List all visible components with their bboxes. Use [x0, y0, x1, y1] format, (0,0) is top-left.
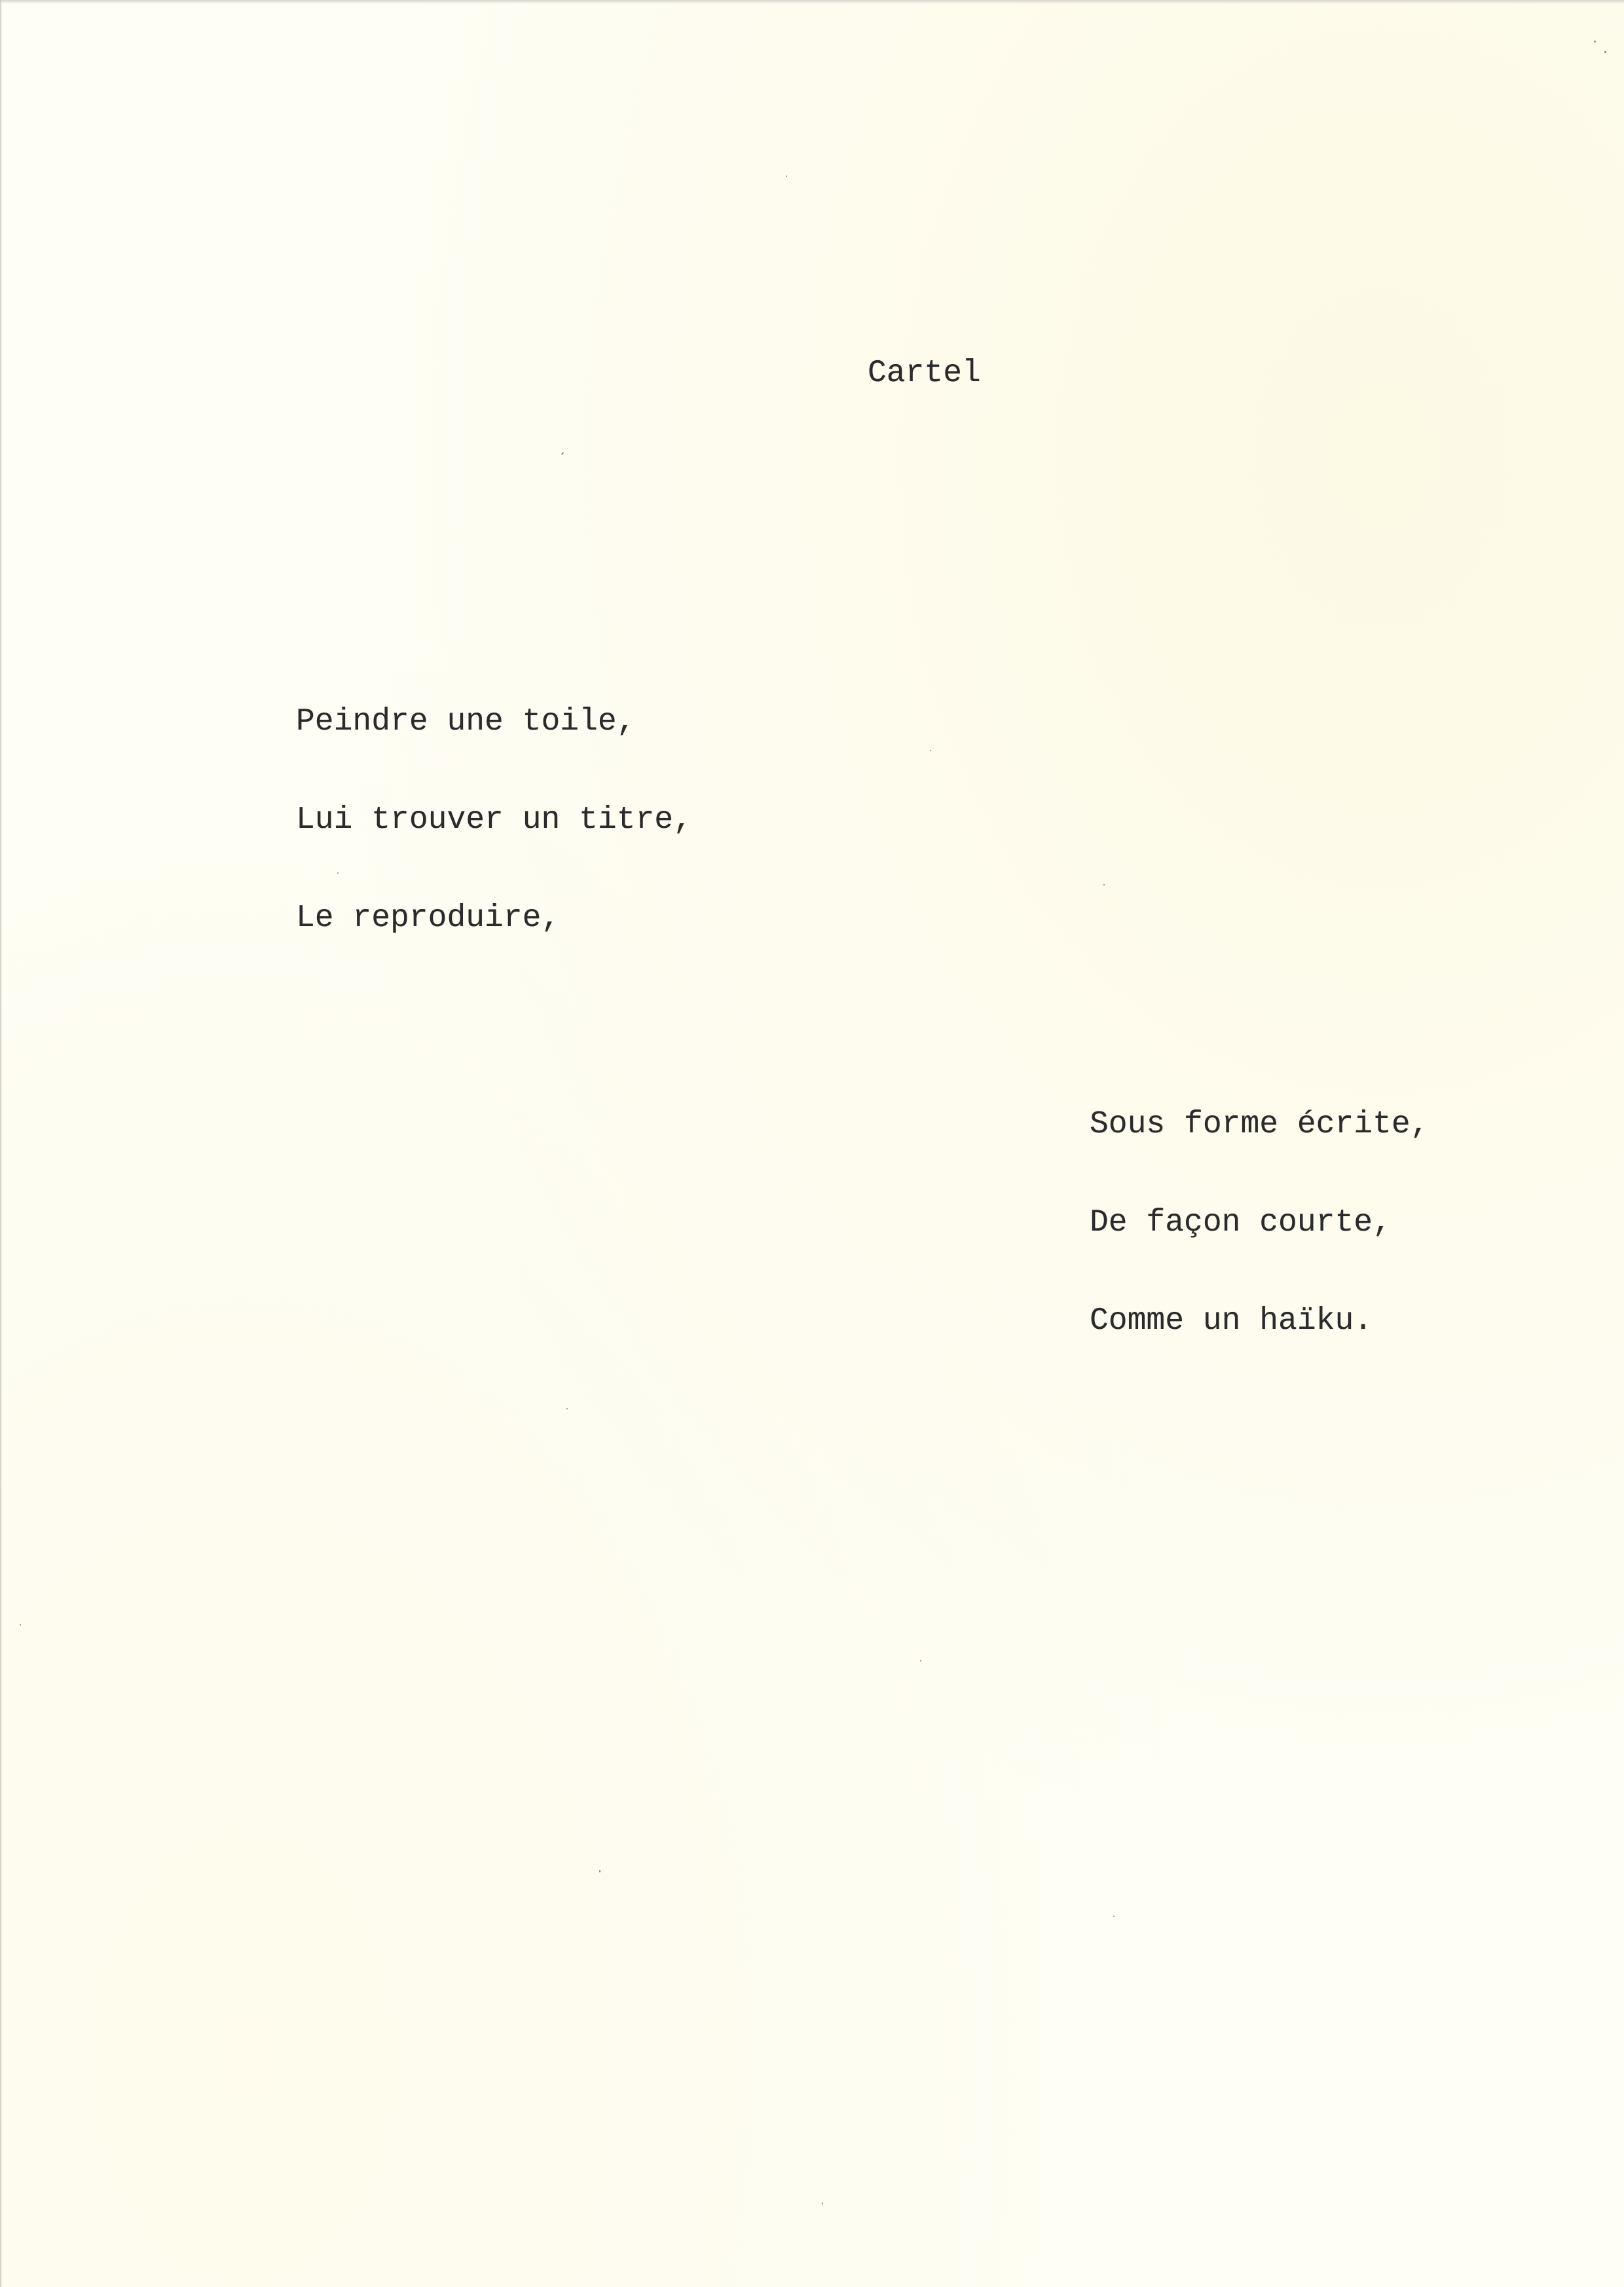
stanza-2-line-3: Comme un haïku. [1090, 1305, 1429, 1337]
stanza-2-line-1: Sous forme écrite, [1090, 1108, 1429, 1141]
poem-title: Cartel [868, 357, 981, 390]
paper-speck [920, 1660, 921, 1662]
paper-speck [561, 452, 564, 455]
stanza-1-line-2: Lui trouver un titre, [296, 804, 692, 836]
paper-speck [822, 2203, 823, 2204]
typewritten-page: Cartel Peindre une toile, Lui trouver un… [0, 0, 1624, 2287]
paper-speck [1604, 51, 1606, 53]
page-left-edge [0, 0, 2, 2287]
stanza-2: Sous forme écrite, De façon courte, Comm… [1090, 1043, 1429, 1403]
stanza-2-line-2: De façon courte, [1090, 1206, 1429, 1239]
stanza-1: Peindre une toile, Lui trouver un titre,… [296, 640, 692, 1000]
stanza-1-line-3: Le reproduire, [296, 902, 692, 935]
paper-speck [20, 1624, 21, 1626]
paper-speck [930, 750, 931, 751]
paper-speck [1113, 1916, 1115, 1917]
paper-speck [599, 1870, 600, 1872]
paper-speck [337, 872, 339, 874]
paper-speck [786, 176, 787, 177]
stanza-1-line-1: Peindre une toile, [296, 705, 692, 738]
paper-speck [566, 1408, 568, 1409]
page-top-edge [0, 0, 1624, 4]
paper-speck [1594, 41, 1596, 43]
paper-speck [1103, 884, 1105, 885]
